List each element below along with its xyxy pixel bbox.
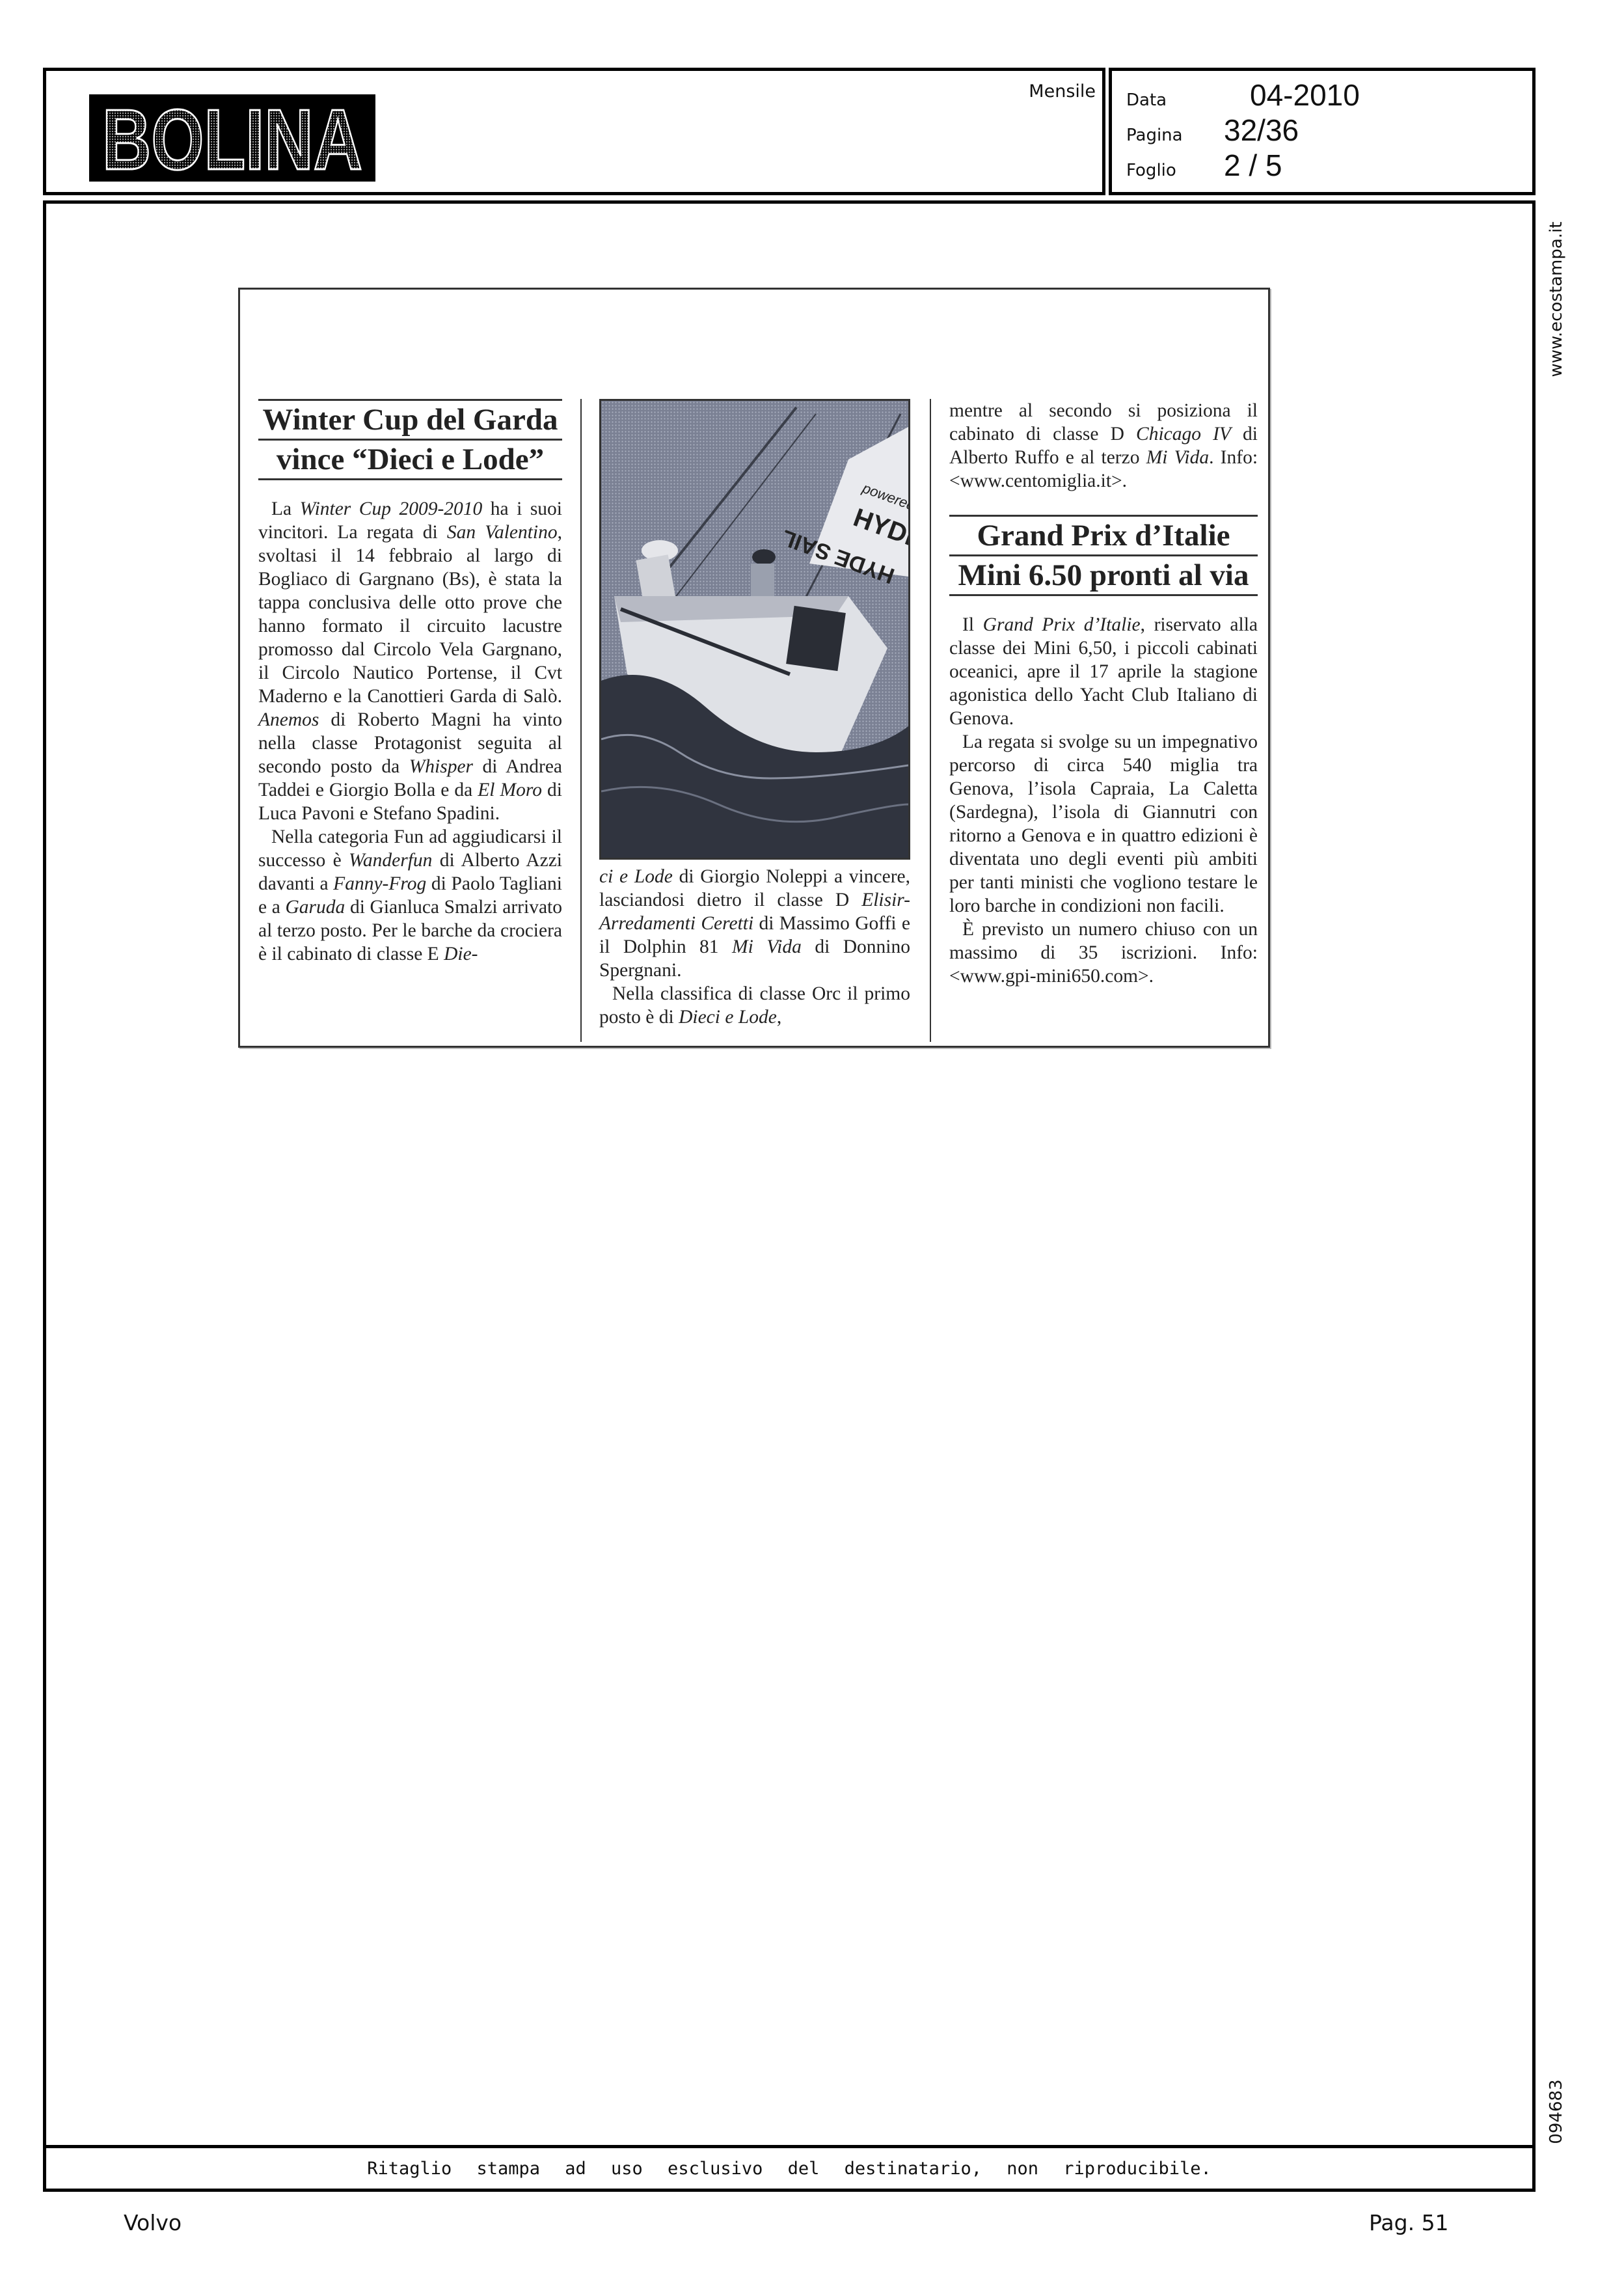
paragraph: mentre al secondo si posiziona il cabina… — [949, 399, 1258, 493]
column-1: Winter Cup del Garda vince “Dieci e Lode… — [258, 399, 562, 966]
paragraph: Il Grand Prix d’Italie, riservato alla c… — [949, 613, 1258, 730]
column-2: powered by HYDE SAILS HYDE SAIL ci e Lod… — [599, 399, 910, 1029]
meta-page-value: 32/36 — [1224, 113, 1299, 148]
masthead-box: BOLINA Mensile — [43, 68, 1105, 195]
meta-date: Data 04-2010 — [1126, 77, 1360, 113]
headline-winter-cup: Winter Cup del Garda vince “Dieci e Lode… — [258, 399, 562, 480]
meta-box: Data 04-2010 Pagina 32/36 Foglio 2 / 5 — [1109, 68, 1536, 195]
headline-line-2: Mini 6.50 pronti al via — [949, 556, 1258, 594]
meta-sheet-label: Foglio — [1126, 161, 1224, 180]
svg-text:BOLINA: BOLINA — [102, 99, 362, 177]
headline-grand-prix: Grand Prix d’Italie Mini 6.50 pronti al … — [949, 515, 1258, 596]
column-divider — [930, 399, 931, 1042]
side-website: www.ecostampa.it — [1543, 215, 1569, 384]
column-3: mentre al secondo si posiziona il cabina… — [949, 399, 1258, 988]
paragraph: La regata si svolge su un impegnativo pe… — [949, 730, 1258, 918]
meta-sheet-value: 2 / 5 — [1224, 148, 1282, 183]
paragraph: ci e Lode di Giorgio Noleppi a vincere, … — [599, 865, 910, 982]
disclaimer-bar: Ritaglio stampa ad uso esclusivo del des… — [46, 2145, 1532, 2189]
headline-line-1: Grand Prix d’Italie — [949, 517, 1258, 556]
periodicity: Mensile — [1029, 81, 1096, 102]
paragraph: È previsto un numero chiuso con un massi… — [949, 918, 1258, 988]
side-code: 094683 — [1543, 2076, 1569, 2148]
sailboat-photo: powered by HYDE SAILS HYDE SAIL — [599, 399, 910, 860]
footer-page-number: Pag. 51 — [1369, 2210, 1449, 2235]
side-code-text: 094683 — [1547, 2079, 1566, 2144]
meta-sheet: Foglio 2 / 5 — [1126, 148, 1282, 183]
column-divider — [580, 399, 582, 1042]
meta-date-label: Data — [1126, 90, 1224, 110]
paragraph: La Winter Cup 2009-2010 ha i suoi vincit… — [258, 497, 562, 825]
paragraph: Nella classifica di classe Orc il primo … — [599, 982, 910, 1029]
meta-date-value: 04-2010 — [1250, 77, 1360, 113]
headline-line-2: vince “Dieci e Lode” — [258, 441, 562, 478]
bolina-logo-icon: BOLINA — [96, 99, 369, 177]
disclaimer-text: Ritaglio stampa ad uso esclusivo del des… — [367, 2159, 1211, 2179]
headline-line-1: Winter Cup del Garda — [258, 401, 562, 441]
meta-page-label: Pagina — [1126, 126, 1224, 145]
sailboat-image-icon: powered by HYDE SAILS HYDE SAIL — [601, 401, 908, 858]
footer-client: Volvo — [124, 2210, 182, 2235]
article-clipping: Winter Cup del Garda vince “Dieci e Lode… — [238, 288, 1270, 1048]
bolina-logo: BOLINA — [89, 94, 375, 182]
side-website-text: www.ecostampa.it — [1547, 222, 1566, 377]
paragraph: Nella categoria Fun ad aggiudicarsi il s… — [258, 825, 562, 966]
meta-page: Pagina 32/36 — [1126, 113, 1299, 148]
